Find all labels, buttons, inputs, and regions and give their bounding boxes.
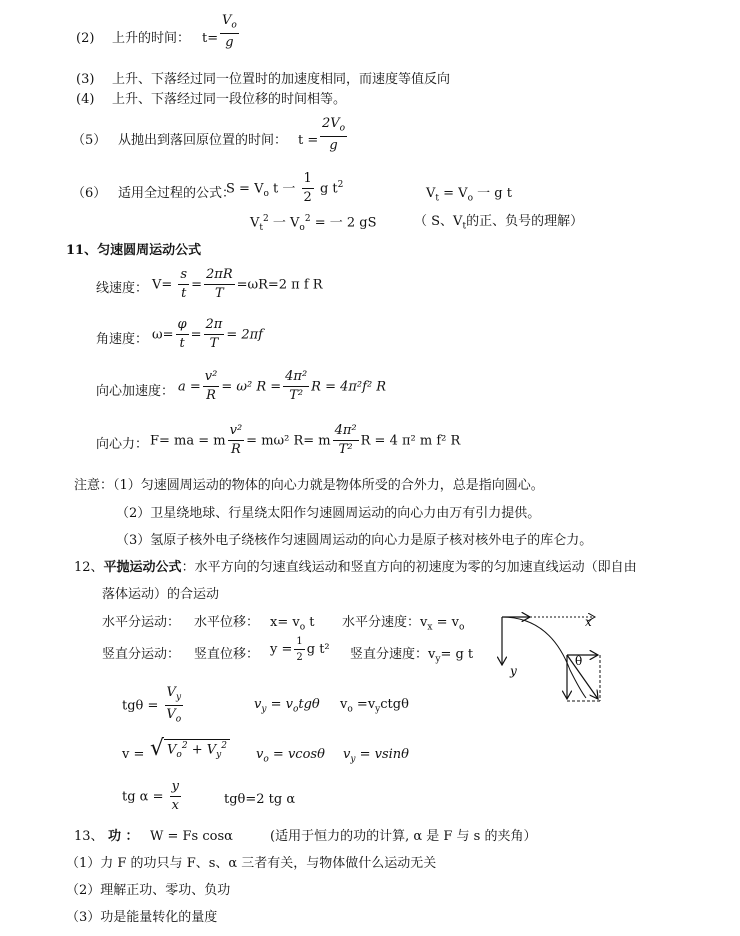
item-number: （5）: [72, 134, 106, 147]
formula: vo = vcosθ: [256, 748, 325, 765]
theta-label: θ: [575, 654, 582, 668]
row-label: 竖直位移：: [194, 648, 259, 661]
formula: vy= g t: [428, 648, 473, 665]
note: （ S、Vt的正、负号的理解）: [414, 215, 583, 232]
formula: ω=φt=2πT= 2πf: [152, 318, 263, 352]
formula: tgθ = VyVo: [122, 686, 185, 726]
formula: Vt2 一 Vo2 = 一 2 gS: [250, 215, 377, 233]
note: （2）卫星绕地球、行星绕太阳作匀速圆周运动的向心力由万有引力提供。: [116, 507, 540, 520]
list-item: （3）功是能量转化的量度: [66, 911, 217, 924]
formula: vy = vsinθ: [343, 748, 409, 765]
item-number: （6）: [72, 187, 106, 200]
formula-label: 角速度：: [96, 333, 148, 346]
section-desc: 落体运动）的合运动: [102, 588, 219, 601]
row-label: 水平位移：: [194, 616, 259, 629]
note: （3）氢原子核外电子绕核作匀速圆周运动的向心力是原子核对核外电子的库仑力。: [116, 534, 592, 547]
formula: vx = vo: [420, 616, 464, 633]
item-number: (3): [76, 73, 94, 86]
list-item: （1）力 F 的功只与 F、s、α 三者有关，与物体做什么运动无关: [66, 857, 436, 870]
item-label: 上升的时间：: [112, 32, 190, 45]
item-label: 从抛出到落回原位置的时间：: [118, 134, 287, 147]
formula: v =: [122, 748, 144, 761]
list-item: （2）理解正功、零功、负功: [66, 884, 230, 897]
row-label: 水平分速度：: [342, 616, 420, 629]
row-label: 竖直分运动：: [102, 648, 180, 661]
formula: F= ma = mv²R= mω² R= m4π²T²R = 4 π² m f²…: [150, 424, 460, 458]
item-text: 上升、下落经过同一段位移的时间相等。: [112, 93, 346, 106]
formula-label: 向心力：: [96, 438, 148, 451]
formula: S = Vo t 一 12 g t2: [226, 172, 343, 206]
formula: W = Fs cosα: [150, 830, 233, 843]
projectile-diagram: x y θ: [490, 595, 620, 710]
x-axis-label: x: [585, 615, 592, 629]
section-heading: 功 ：: [108, 830, 139, 843]
formula: tgθ=2 tg α: [224, 793, 295, 806]
item-label: 适用全过程的公式：: [118, 187, 235, 200]
formula: Vt = Vo 一 g t: [426, 187, 512, 204]
formula-lhs: t=: [202, 32, 218, 45]
y-axis-label: y: [509, 664, 517, 678]
section-number: 13、: [74, 830, 104, 843]
fraction: 2Vog: [318, 117, 349, 154]
formula: vo =vyctgθ: [340, 698, 409, 715]
formula: x= vo t: [270, 616, 315, 633]
note: (适用于恒力的功的计算, α 是 F 与 s 的夹角）: [270, 830, 536, 843]
formula: vy = votgθ: [254, 698, 320, 715]
item-number: (2): [76, 32, 94, 45]
formula: tg α = yx: [122, 780, 183, 814]
row-label: 竖直分速度：: [350, 648, 428, 661]
note: 注意：（1）匀速圆周运动的物体的向心力就是物体所受的合外力，总是指向圆心。: [74, 479, 544, 492]
sqrt-formula: √Vo2 + Vy2: [150, 738, 230, 760]
section-heading: 12、平抛运动公式：水平方向的匀速直线运动和竖直方向的初速度为零的匀加速直线运动…: [74, 561, 637, 574]
item-text: 上升、下落经过同一位置时的加速度相同，而速度等值反向: [112, 73, 450, 86]
fraction: Vog: [218, 14, 241, 51]
formula: y =12g t²: [270, 636, 330, 663]
item-number: (4): [76, 93, 94, 106]
formula: a =v²R= ω² R =4π²T²R = 4π²f² R: [178, 370, 386, 404]
section-heading: 11、匀速圆周运动公式: [66, 244, 201, 257]
row-label: 水平分运动：: [102, 616, 180, 629]
formula-label: 向心加速度：: [96, 385, 174, 398]
formula-lhs: t =: [298, 134, 318, 147]
formula: V= st=2πRT=ωR=2 π f R: [152, 268, 323, 302]
formula-label: 线速度：: [96, 282, 148, 295]
